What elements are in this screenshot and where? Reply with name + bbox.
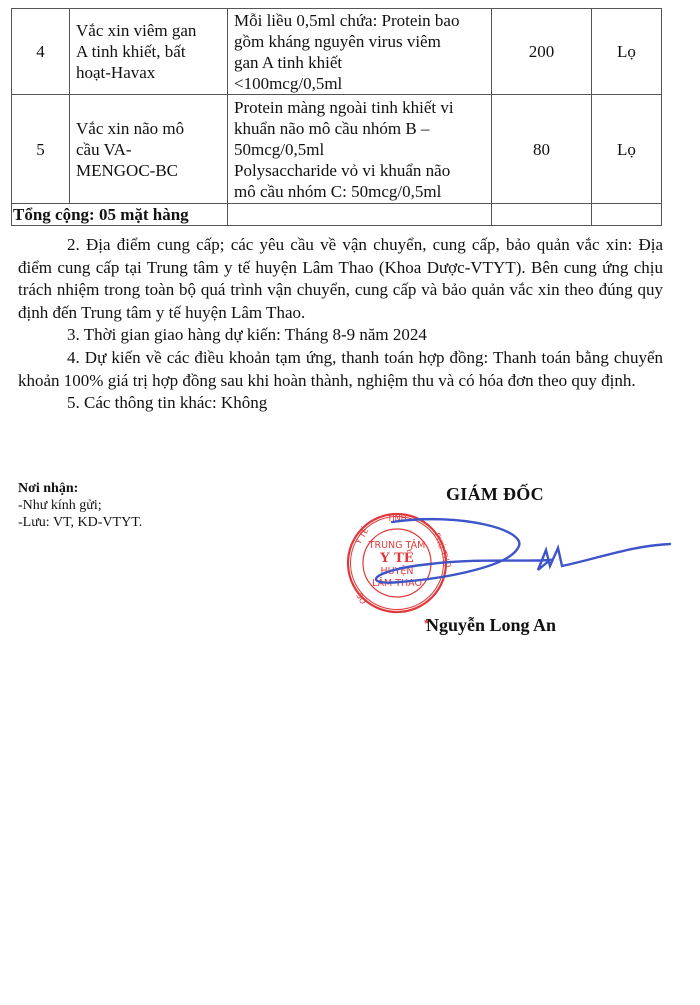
cell-spec: Protein màng ngoài tinh khiết vi khuẩn n… (228, 95, 492, 204)
cell-name: Vắc xin viêm gan A tinh khiết, bất hoạt-… (70, 9, 228, 95)
name-line: A tinh khiết, bất (76, 41, 221, 62)
stamp-line: TRUNG TÂM (368, 539, 426, 551)
body-paragraphs: 2. Địa điểm cung cấp; các yêu cầu về vận… (18, 234, 663, 415)
spec-line: <100mcg/0,5ml (234, 73, 485, 94)
name-line: MENGOC-BC (76, 160, 221, 181)
table-row: 4 Vắc xin viêm gan A tinh khiết, bất hoạ… (12, 9, 662, 95)
spec-line: Polysaccharide vỏ vi khuẩn não (234, 160, 485, 181)
cell-name: Vắc xin não mô cầu VA- MENGOC-BC (70, 95, 228, 204)
cell-quantity: 80 (492, 95, 592, 204)
name-line: cầu VA- (76, 139, 221, 160)
table-row: 5 Vắc xin não mô cầu VA- MENGOC-BC Prote… (12, 95, 662, 204)
spec-line: mô cầu nhóm C: 50mcg/0,5ml (234, 181, 485, 202)
cell-unit: Lọ (592, 95, 662, 204)
recipient-item: -Như kính gửi; (18, 497, 142, 514)
spec-line: khuẩn não mô cầu nhóm B – (234, 118, 485, 139)
recipient-item: -Lưu: VT, KD-VTYT. (18, 514, 142, 531)
name-line: hoạt-Havax (76, 62, 221, 83)
total-label: Tổng cộng: 05 mặt hàng (12, 204, 228, 226)
cell-empty (492, 204, 592, 226)
cell-unit: Lọ (592, 9, 662, 95)
cell-empty (592, 204, 662, 226)
name-line: Vắc xin não mô (76, 118, 221, 139)
table-total-row: Tổng cộng: 05 mặt hàng (12, 204, 662, 226)
paragraph-payment-terms: 4. Dự kiến về các điều khoản tạm ứng, th… (18, 347, 663, 392)
spec-line: Mỗi liều 0,5ml chứa: Protein bao (234, 10, 485, 31)
recipients-block: Nơi nhận: -Như kính gửi; -Lưu: VT, KD-VT… (18, 480, 142, 531)
paragraph-delivery-time: 3. Thời gian giao hàng dự kiến: Tháng 8-… (18, 324, 663, 347)
stamp-line: Y TẾ (379, 548, 413, 566)
official-stamp-and-signature: TỈNH Y TẾ PHÚ THỌ SỞ TRUNG TÂM Y TẾ HUYỆ… (340, 500, 680, 630)
recipients-title: Nơi nhận: (18, 480, 142, 497)
paragraph-delivery-location: 2. Địa điểm cung cấp; các yêu cầu về vận… (18, 234, 663, 324)
cell-spec: Mỗi liều 0,5ml chứa: Protein bao gồm khá… (228, 9, 492, 95)
signer-name: Nguyễn Long An (426, 615, 556, 636)
paragraph-other-info: 5. Các thông tin khác: Không (18, 392, 663, 415)
spec-line: gan A tinh khiết (234, 52, 485, 73)
cell-empty (228, 204, 492, 226)
cell-stt: 4 (12, 9, 70, 95)
spec-line: gồm kháng nguyên virus viêm (234, 31, 485, 52)
cell-quantity: 200 (492, 9, 592, 95)
spec-line: 50mcg/0,5ml (234, 139, 485, 160)
spec-line: Protein màng ngoài tinh khiết vi (234, 97, 485, 118)
vaccine-table: 4 Vắc xin viêm gan A tinh khiết, bất hoạ… (11, 8, 662, 226)
name-line: Vắc xin viêm gan (76, 20, 221, 41)
cell-stt: 5 (12, 95, 70, 204)
